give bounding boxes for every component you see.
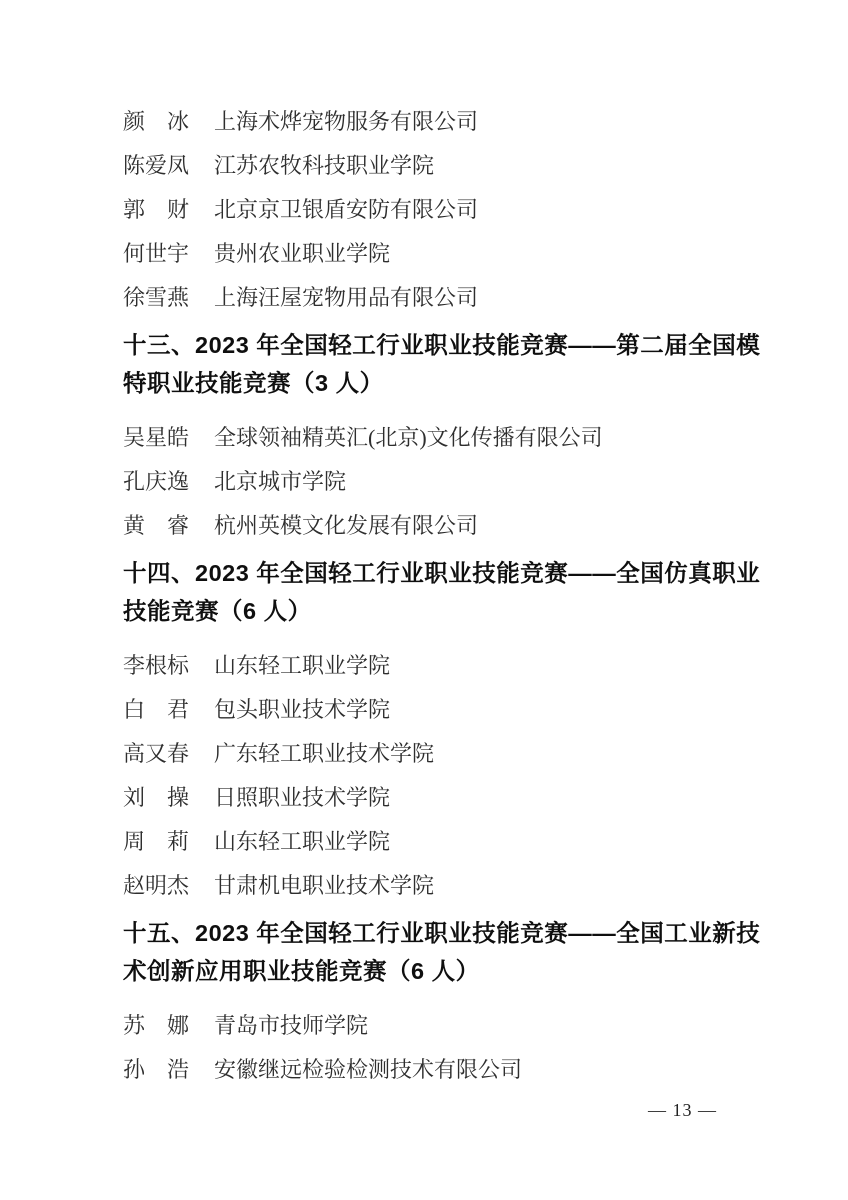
person-name: 郭 财 xyxy=(123,193,214,224)
organization-name: 青岛市技师学院 xyxy=(214,1009,768,1040)
organization-name: 日照职业技术学院 xyxy=(214,781,768,812)
section-heading-line: 技能竞赛（6 人） xyxy=(123,592,768,630)
organization-name: 上海术烨宠物服务有限公司 xyxy=(214,105,768,136)
award-entry: 何世宇贵州农业职业学院 xyxy=(123,230,768,274)
organization-name: 全球领袖精英汇(北京)文化传播有限公司 xyxy=(214,421,768,452)
organization-name: 贵州农业职业学院 xyxy=(214,237,768,268)
award-entry: 孔庆逸北京城市学院 xyxy=(123,458,768,502)
person-name: 赵明杰 xyxy=(123,869,214,900)
award-entry: 郭 财北京京卫银盾安防有限公司 xyxy=(123,186,768,230)
award-entry: 颜 冰上海术烨宠物服务有限公司 xyxy=(123,98,768,142)
section-heading: 十五、2023 年全国轻工行业职业技能竞赛——全国工业新技术创新应用职业技能竞赛… xyxy=(123,906,768,1002)
award-entry: 李根标山东轻工职业学院 xyxy=(123,642,768,686)
award-entry: 陈爱凤江苏农牧科技职业学院 xyxy=(123,142,768,186)
section-heading-line: 十三、2023 年全国轻工行业职业技能竞赛——第二届全国模 xyxy=(123,326,768,364)
organization-name: 山东轻工职业学院 xyxy=(214,649,768,680)
page-number: — 13 — xyxy=(648,1100,717,1121)
person-name: 颜 冰 xyxy=(123,105,214,136)
award-entry: 孙 浩安徽继远检验检测技术有限公司 xyxy=(123,1046,768,1090)
section-heading-line: 特职业技能竞赛（3 人） xyxy=(123,364,768,402)
section-heading: 十四、2023 年全国轻工行业职业技能竞赛——全国仿真职业技能竞赛（6 人） xyxy=(123,546,768,642)
section-heading-line: 十五、2023 年全国轻工行业职业技能竞赛——全国工业新技 xyxy=(123,914,768,952)
person-name: 陈爱凤 xyxy=(123,149,214,180)
award-entry: 赵明杰甘肃机电职业技术学院 xyxy=(123,862,768,906)
organization-name: 江苏农牧科技职业学院 xyxy=(214,149,768,180)
document-page: 颜 冰上海术烨宠物服务有限公司陈爱凤江苏农牧科技职业学院郭 财北京京卫银盾安防有… xyxy=(0,0,848,1200)
person-name: 何世宇 xyxy=(123,237,214,268)
organization-name: 上海汪屋宠物用品有限公司 xyxy=(214,281,768,312)
person-name: 徐雪燕 xyxy=(123,281,214,312)
organization-name: 山东轻工职业学院 xyxy=(214,825,768,856)
person-name: 周 莉 xyxy=(123,825,214,856)
award-entry: 苏 娜青岛市技师学院 xyxy=(123,1002,768,1046)
organization-name: 北京京卫银盾安防有限公司 xyxy=(214,193,768,224)
person-name: 李根标 xyxy=(123,649,214,680)
section-heading-line: 术创新应用职业技能竞赛（6 人） xyxy=(123,952,768,990)
organization-name: 安徽继远检验检测技术有限公司 xyxy=(214,1053,768,1084)
organization-name: 包头职业技术学院 xyxy=(214,693,768,724)
award-entry: 刘 操日照职业技术学院 xyxy=(123,774,768,818)
person-name: 刘 操 xyxy=(123,781,214,812)
award-entry: 黄 睿杭州英模文化发展有限公司 xyxy=(123,502,768,546)
award-entry: 周 莉山东轻工职业学院 xyxy=(123,818,768,862)
award-entry: 高又春广东轻工职业技术学院 xyxy=(123,730,768,774)
person-name: 孔庆逸 xyxy=(123,465,214,496)
award-entry: 白 君包头职业技术学院 xyxy=(123,686,768,730)
document-content: 颜 冰上海术烨宠物服务有限公司陈爱凤江苏农牧科技职业学院郭 财北京京卫银盾安防有… xyxy=(123,98,768,1090)
organization-name: 广东轻工职业技术学院 xyxy=(214,737,768,768)
award-entry: 吴星皓全球领袖精英汇(北京)文化传播有限公司 xyxy=(123,414,768,458)
person-name: 吴星皓 xyxy=(123,421,214,452)
organization-name: 杭州英模文化发展有限公司 xyxy=(214,509,768,540)
award-entry: 徐雪燕上海汪屋宠物用品有限公司 xyxy=(123,274,768,318)
person-name: 高又春 xyxy=(123,737,214,768)
person-name: 黄 睿 xyxy=(123,509,214,540)
organization-name: 北京城市学院 xyxy=(214,465,768,496)
person-name: 孙 浩 xyxy=(123,1053,214,1084)
person-name: 苏 娜 xyxy=(123,1009,214,1040)
section-heading-line: 十四、2023 年全国轻工行业职业技能竞赛——全国仿真职业 xyxy=(123,554,768,592)
person-name: 白 君 xyxy=(123,693,214,724)
section-heading: 十三、2023 年全国轻工行业职业技能竞赛——第二届全国模特职业技能竞赛（3 人… xyxy=(123,318,768,414)
organization-name: 甘肃机电职业技术学院 xyxy=(214,869,768,900)
